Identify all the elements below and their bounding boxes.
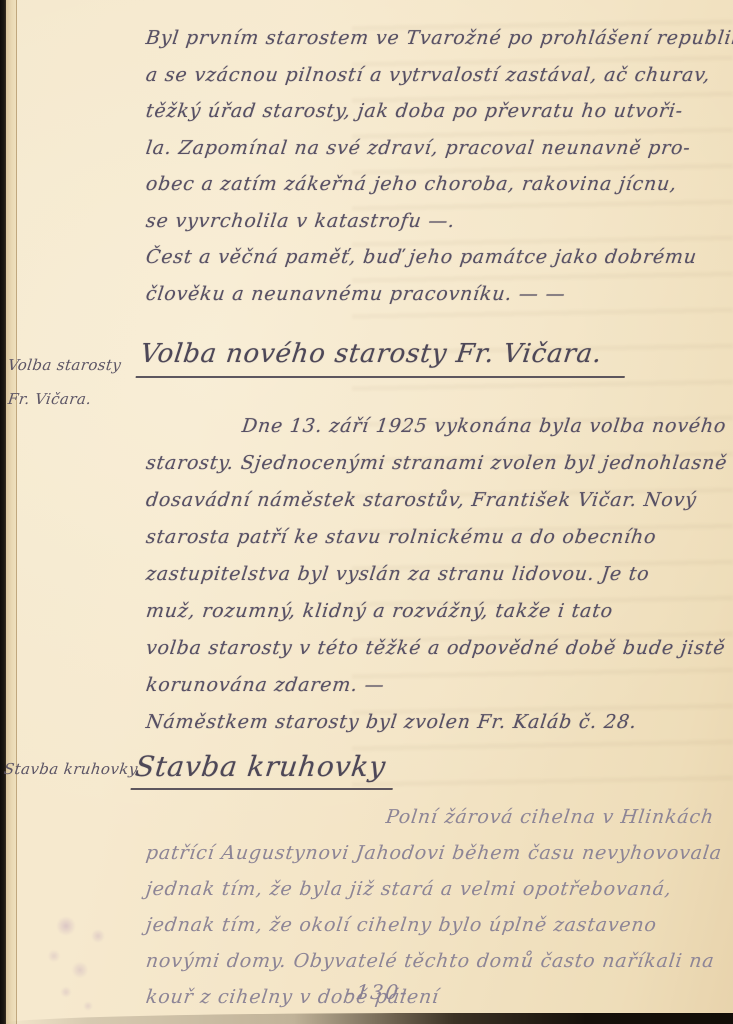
chronicle-page-scan: Byl prvním starostem ve Tvarožné po proh… (0, 0, 733, 1024)
handwritten-line: starosta patří ke stavu rolnickému a do … (144, 519, 731, 556)
handwritten-line: jednak tím, že okolí cihelny bylo úplně … (144, 907, 730, 943)
handwritten-line: jednak tím, že byla již stará a velmi op… (144, 871, 730, 907)
handwritten-line: zastupitelstva byl vyslán za stranu lido… (144, 556, 731, 593)
handwritten-line: novými domy. Obyvatelé těchto domů často… (144, 943, 730, 979)
margin-note-line: Volba starosty (6, 348, 123, 382)
handwritten-line: volba starosty v této těžké a odpovědné … (144, 630, 731, 667)
handwritten-line: Polní žárová cihelna v Hlinkách (144, 799, 730, 835)
handwritten-line: korunována zdarem. — (144, 667, 731, 704)
violet-ink-stamp (36, 908, 156, 1018)
section-heading-election: Volba nového starosty Fr. Vičara. (138, 339, 627, 378)
margin-note-kiln: Stavba kruhovky (4, 760, 138, 778)
margin-note-line: Stavba kruhovky (3, 760, 139, 778)
scan-bottom-edge (0, 1013, 733, 1024)
heading-text: Volba nového starosty Fr. Vičara. (136, 339, 630, 378)
handwritten-line: a se vzácnou pilností a vytrvalostí zast… (144, 57, 730, 94)
obituary-paragraph: Byl prvním starostem ve Tvarožné po proh… (146, 20, 728, 312)
handwritten-line: Náměstkem starosty byl zvolen Fr. Kaláb … (144, 704, 731, 741)
heading-text: Stavba kruhovky (131, 750, 398, 790)
handwritten-line: la. Zapomínal na své zdraví, pracoval ne… (144, 130, 730, 167)
handwritten-line: patřící Augustynovi Jahodovi během času … (144, 835, 730, 871)
handwritten-line: starosty. Sjednocenými stranami zvolen b… (144, 445, 731, 482)
handwritten-line: Byl prvním starostem ve Tvarožné po proh… (144, 20, 730, 57)
page-number: -130- (317, 980, 440, 1004)
election-paragraph: Dne 13. září 1925 vykonána byla volba no… (146, 408, 728, 741)
section-heading-kiln: Stavba kruhovky (133, 750, 395, 790)
margin-note-line: Fr. Vičara. (6, 382, 123, 416)
handwritten-line: se vyvrcholila v katastrofu —. (144, 203, 730, 240)
handwritten-line: obec a zatím zákeřná jeho choroba, rakov… (144, 166, 730, 203)
page-edge-band (6, 0, 17, 1024)
margin-note-election: Volba starosty Fr. Vičara. (8, 348, 121, 416)
handwritten-line: Dne 13. září 1925 vykonána byla volba no… (144, 408, 731, 445)
handwritten-line: těžký úřad starosty, jak doba po převrat… (144, 93, 730, 130)
handwritten-line: muž, rozumný, klidný a rozvážný, takže i… (144, 593, 731, 630)
handwritten-line: Čest a věčná paměť, buď jeho památce jak… (144, 239, 730, 276)
handwritten-line: dosavádní náměstek starostův, František … (144, 482, 731, 519)
handwritten-line: člověku a neunavnému pracovníku. — — (144, 276, 730, 313)
